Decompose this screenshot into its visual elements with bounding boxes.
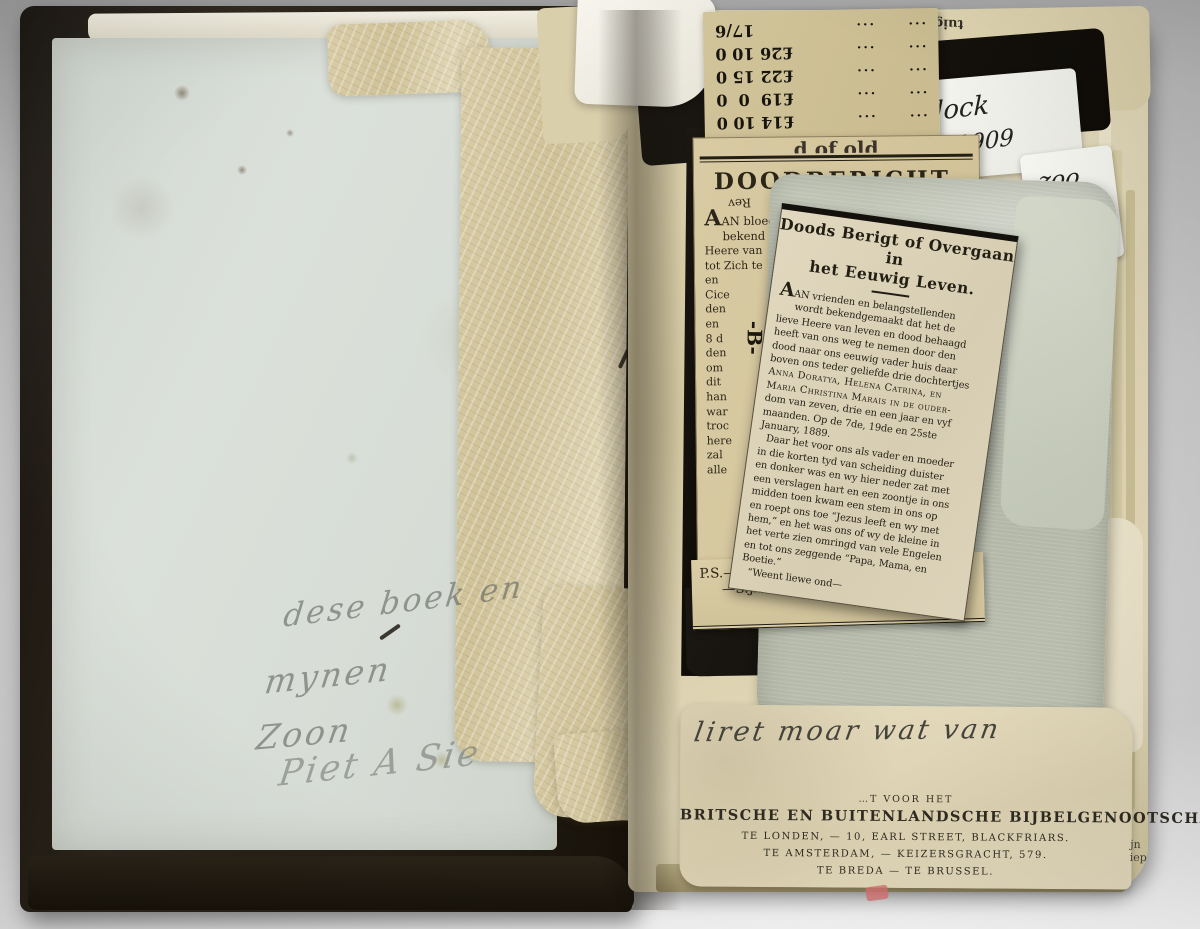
price-amount: 17/6	[715, 21, 755, 41]
dots: ...	[875, 64, 927, 80]
dots: ...	[874, 18, 926, 34]
dots: ...	[875, 87, 927, 103]
price-amount: £22 15 0	[716, 66, 794, 86]
price-row: ......£26 10 0	[715, 37, 926, 64]
dots: ...	[823, 88, 875, 104]
dots: ...	[822, 42, 874, 58]
price-amount: £19 0 0	[716, 89, 794, 109]
publisher-amsterdam: TE AMSTERDAM, — KEIZERSGRACHT, 579.	[680, 847, 1132, 861]
tissue-fold	[999, 196, 1120, 531]
bottom-printed-sheet: liret moar wat van …T VOOR HET BRITSCHE …	[679, 704, 1132, 889]
dots: ...	[874, 41, 926, 57]
ink-handwriting-note: liret moar wat van	[692, 714, 1004, 748]
double-rule	[700, 154, 973, 163]
dots: ...	[823, 65, 875, 81]
initial-letter: A	[704, 205, 721, 231]
fragment-jn: jn	[1130, 838, 1148, 852]
price-card-upside-down: ......£10 10 0 ......£14 10 0 ......£19 …	[703, 8, 940, 154]
price-card-content: ......£10 10 0 ......£14 10 0 ......£19 …	[703, 8, 940, 154]
dots: ...	[876, 110, 928, 126]
edge-text-fragments: jn iep	[1130, 838, 1148, 865]
book-bottom-edge	[28, 856, 634, 910]
fragment-iep: iep	[1130, 851, 1148, 865]
publisher-name: BRITSCHE EN BUITENLANDSCHE BIJBELGENOOTS…	[680, 806, 1132, 826]
price-amount: £26 10 0	[715, 43, 793, 63]
red-stamp-fragment	[865, 885, 889, 902]
publisher-breda-brussel: TE BREDA — TE BRUSSEL.	[679, 864, 1131, 878]
dots: ...	[824, 111, 876, 127]
divider-rule	[871, 290, 909, 297]
price-amount: £14 10 0	[717, 112, 795, 132]
clipping-top-fragment: d of old	[694, 136, 979, 155]
photo-open-bible: dese boek en mynen Zoon Piet A Sie tuige…	[0, 0, 1200, 929]
price-row: ......£22 15 0	[716, 60, 927, 87]
price-row: ......£14 10 0	[716, 106, 927, 133]
fragment-rev-upsidedown: Rev	[728, 196, 752, 211]
torn-white-scrap	[574, 0, 716, 108]
publisher-line0: …T VOOR HET	[680, 792, 1132, 806]
price-row: ......17/6	[715, 14, 926, 41]
price-row: ......£19 0 0	[716, 83, 927, 110]
publisher-london: TE LONDEN, — 10, EARL STREET, BLACKFRIAR…	[680, 830, 1132, 844]
dots: ...	[822, 19, 874, 35]
